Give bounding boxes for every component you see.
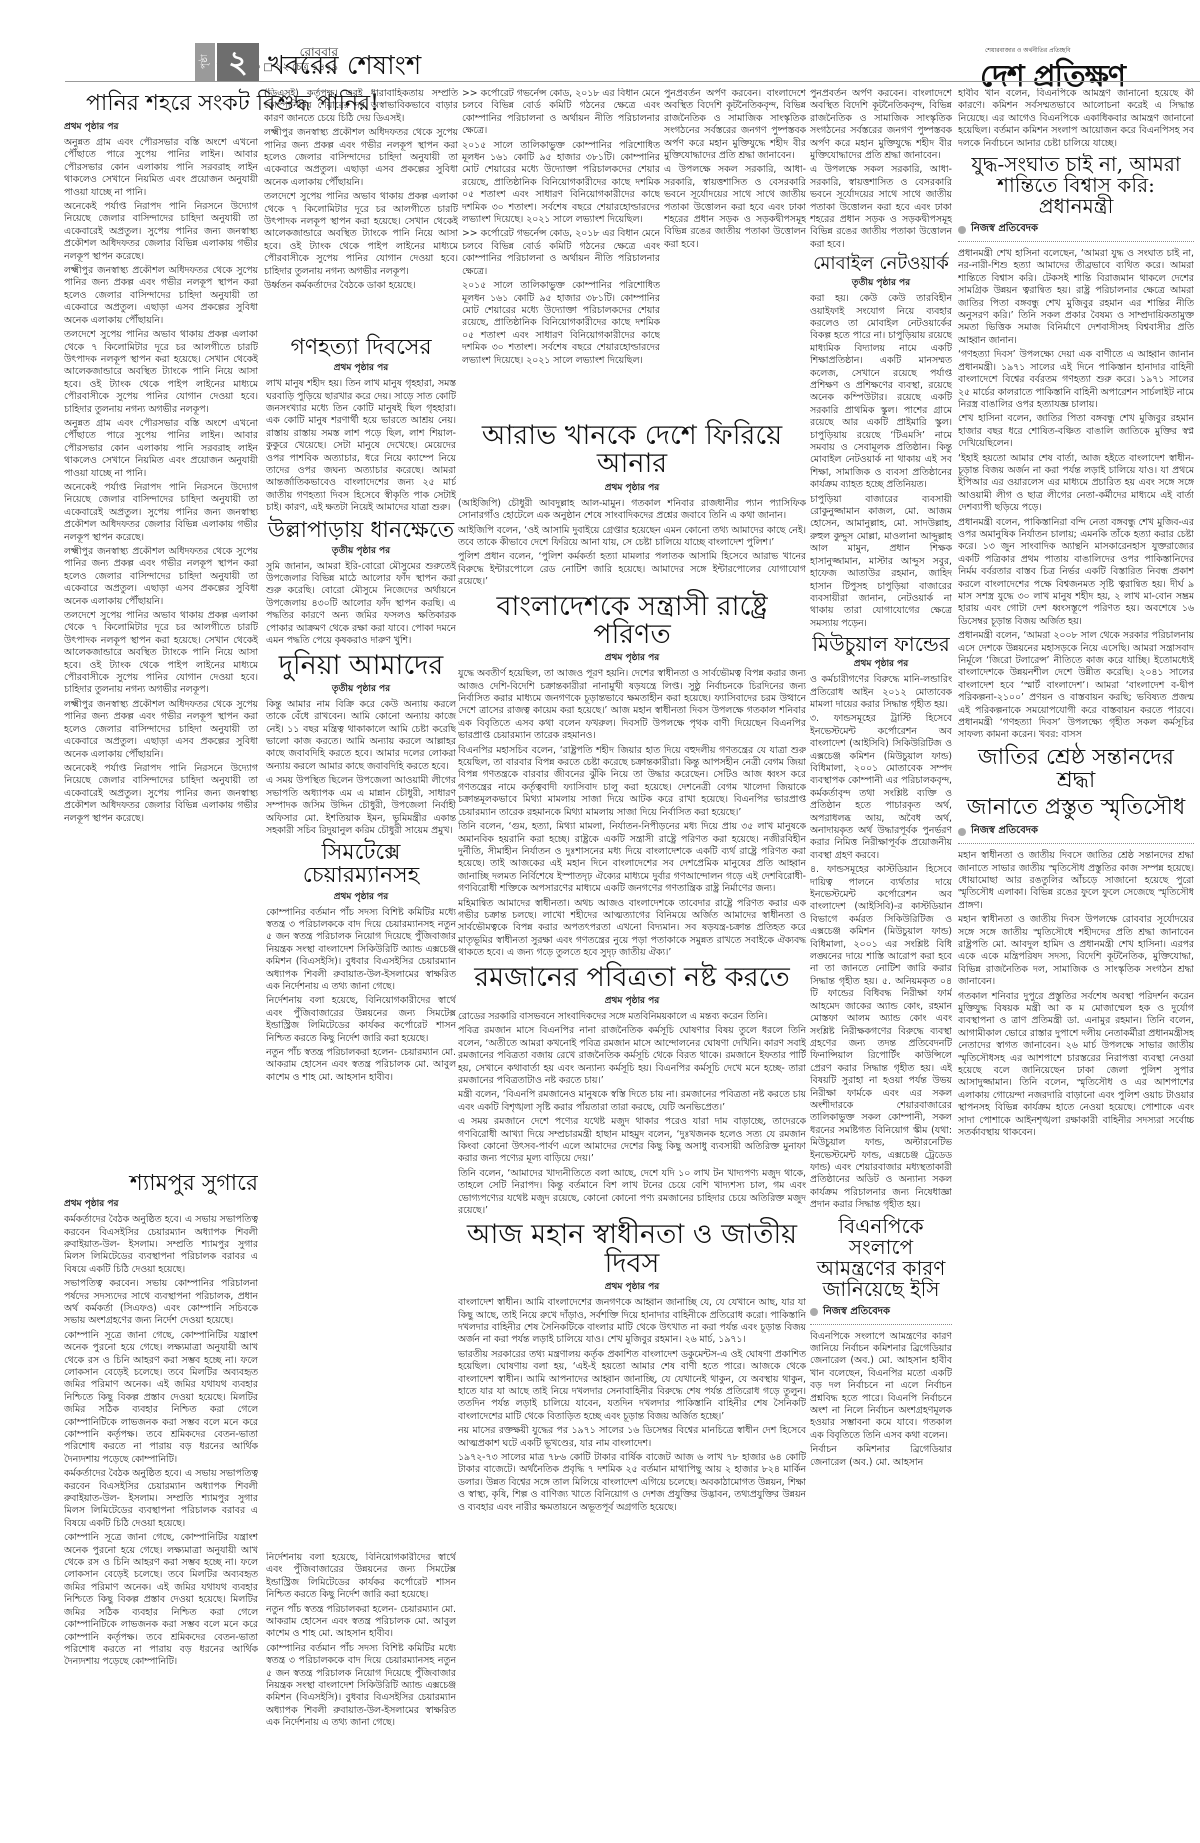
article-headline: আরাভ খানকে দেশে ফিরিয়ে আনার [458,422,806,479]
article-paragraph: বিএনপির মহাসচিব বলেন, ‘রাষ্ট্রপতি শহীদ জ… [458,745,806,819]
article-paragraph: অনেকেই পর্যাপ্ত নিরাপদ পানি নিরসনে উদ্যো… [64,763,258,825]
article-paragraph: শেখ হাসিনা বলেন, জাতির পিতা বঙ্গবন্ধু শে… [958,413,1194,450]
article-paragraph: লক্ষ্মীপুর জনস্বাস্থ্য প্রকৌশল অধিদফতর থ… [64,699,258,761]
byline: নিজস্ব প্রতিবেদক [958,221,1194,238]
article-headline: যুদ্ধ-সংঘাত চাই না, আমরা শান্তিতে বিশ্বা… [958,154,1194,217]
article-paragraph: এ সময় উপস্থিত ছিলেন উপজেলা আওয়ামী লীগে… [266,775,456,837]
article-paragraph: তিনি বলেন, ‘আমাদের খাদ্যনীতিতে বলা আছে, … [458,1168,806,1218]
article-paragraph: করা হয়। কেউ কেউ তারবিহীন ওয়াইফাই সংযোগ… [810,293,952,492]
byline-text: নিজস্ব প্রতিবেদক [971,221,1038,238]
article-paragraph: ২০১৫ সালে তালিকাভুক্ত কোম্পানির পরিশোধিত… [462,140,660,227]
article-headline: মিউচুয়াল ফান্ডের [810,634,952,655]
article-paragraph: কিন্তু আমার নাম বিক্রি করে কেউ অন্যায় ক… [266,699,456,773]
article-kicker: প্রথম পৃষ্ঠার পর [458,1279,806,1294]
article-paragraph: তলদেশে সুপেয় পানির অভাব থাকায় প্রকল্প … [64,329,258,416]
article-headline: দুনিয়া আমাদের [266,652,456,680]
column-right-wide: হাবীব খান বলেন, বিএনপিকে আমন্ত্রণ জানানো… [958,88,1194,1838]
article-headline: গণহত্যা দিবসের [266,336,456,359]
article-paragraph: নয় মাসের রক্তক্ষয়ী যুদ্ধের পর ১৯৭১ সাল… [458,1425,806,1450]
article-paragraph: লক্ষ্মীপুর জনস্বাস্থ্য প্রকৌশল অধিদফতর থ… [64,546,258,608]
article-headline: বিএনপিকে সংলাপে আমন্ত্রণের কারণ জানিয়েছ… [810,1216,952,1300]
article-paragraph: কোম্পানি সূত্রে জানা গেছে, কোম্পানিটির য… [64,1532,258,1668]
article-mutual-fund: মিউচুয়াল ফান্ডের প্রথম পৃষ্ঠার পর ও কর্… [810,634,952,1211]
column-3-top: >> কর্পোরেট গভর্নেন্স কোড, ২০১৮ এর বিধান… [462,88,660,418]
article-paragraph: নির্দেশনায় বলা হয়েছে, বিনিয়োগকারীদের … [266,1552,456,1602]
article-water-body-col1: প্রথম পৃষ্ঠার পর অনুন্নত গ্রাম এবং পৌরসভ… [64,118,258,1163]
article-paragraph: সভাপতিত্ব করবেন। সভায় কোম্পানির পরিচালন… [64,1278,258,1328]
article-paragraph: অনুন্নত গ্রাম এবং পৌরসভার বস্তি অংশে এখন… [64,418,258,480]
article-paragraph: রোডের সরকারি বাসভবনে সাংবাদিকদের সঙ্গে ম… [458,1011,806,1023]
page-header: রোববার ২৬ মার্চ ২০২৩ □ ১২ চৈত্র ১৪২৯ পৃষ… [0,0,1200,82]
page-label: পৃষ্ঠা [195,43,215,81]
article-paragraph: সুমি জানান, আমরা ইরি-বোরো মৌসুমের শুরুতে… [266,561,456,648]
article-paragraph: তলদেশে সুপেয় পানির অভাব থাকায় প্রকল্প … [264,191,458,278]
article-headline: রমজানের পবিত্রতা নষ্ট করতে [458,964,806,992]
article-paragraph: অনেকেই পর্যাপ্ত নিরাপদ পানি নিরসনে উদ্যো… [64,201,258,263]
article-kicker: তৃতীয় পৃষ্ঠার পর [266,543,456,558]
article-paragraph: লক্ষ্মীপুর জনস্বাস্থ্য প্রকৌশল অধিদফতর থ… [64,265,258,327]
article-ullapara: উল্লাপাড়ায় ধানক্ষেতে তৃতীয় পৃষ্ঠার পর… [266,519,456,648]
article-paragraph: নতুন পাঁচ স্বতন্ত্র পরিচালকরা হলেন- চেয়… [266,1047,456,1084]
article-paragraph: >> কর্পোরেট গভর্নেন্স কোড, ২০১৮ এর বিধান… [462,228,660,278]
article-paragraph: ‘ইহাই হয়তো আমার শেষ বার্তা, আজ হইতে বাং… [958,453,1194,515]
article-shyampur-cont: নির্দেশনায় বলা হয়েছে, বিনিয়োগকারীদের … [266,1552,456,1837]
article-paragraph: ১৯৭২-৭৩ সালের মাত্র ৭৮৬ কোটি টাকার বার্ষ… [458,1452,806,1514]
article-paragraph: তিনি বলেন, ‘গুম, হত্যা, মিথ্যা মামলা, নি… [458,821,806,895]
article-kicker: তৃতীয় পৃষ্ঠার পর [810,275,952,290]
article-paragraph: (আইজিপি) চৌধুরী আবদুল্লাহ আল-মামুন। গতকা… [458,498,806,523]
bullet-icon [810,1308,818,1316]
article-paragraph: কোম্পানি সূত্রে জানা গেছে, কোম্পানিটির য… [64,1330,258,1466]
byline-text: নিজস্ব প্রতিবেদক [971,823,1038,840]
article-paragraph: ২০১৫ সালে তালিকাভুক্ত কোম্পানির পরিশোধিত… [462,280,660,367]
article-paragraph: মহিমান্বিত আমাদের স্বাধীনতা। অথচ আজও বাং… [458,898,806,960]
article-kicker: প্রথম পৃষ্ঠার পর [458,993,806,1008]
article-paragraph: নির্বাচন কমিশনার ব্রিগেডিয়ার জেনারেল (অ… [810,1444,952,1469]
article-bnp-dialogue: বিএনপিকে সংলাপে আমন্ত্রণের কারণ জানিয়েছ… [810,1216,952,1469]
article-paragraph: অনুন্নত গ্রাম এবং পৌরসভার বস্তি অংশে এখন… [64,137,258,199]
article-simtex: সিমটেক্সে চেয়ারম্যানসহ প্রথম পৃষ্ঠার পর… [266,841,456,1084]
article-duniya: দুনিয়া আমাদের তৃতীয় পৃষ্ঠার পর কিন্তু … [266,652,456,838]
article-kicker: প্রথম পৃষ্ঠার পর [266,889,456,904]
article-terror-state: বাংলাদেশকে সন্ত্রাসী রাষ্ট্রে পরিণত প্রথ… [458,593,806,960]
article-war-peace: যুদ্ধ-সংঘাত চাই না, আমরা শান্তিতে বিশ্বা… [958,154,1194,742]
article-arav: আরাভ খানকে দেশে ফিরিয়ে আনার প্রথম পৃষ্ঠ… [458,422,806,589]
article-paragraph: বাংলাদেশ স্বাধীন। আমি বাংলাদেশের জনগণকে … [458,1297,806,1347]
article-kicker: প্রথম পৃষ্ঠার পর [458,650,806,665]
article-paragraph: পুনপ্রবর্তন অর্পণ করবেন। বাংলাদেশে অবস্থ… [810,88,952,162]
article-paragraph: পুলিশ প্রধান বলেন, ‘পুলিশ কর্মকর্তা হত্য… [458,551,806,588]
bullet-icon [958,828,966,836]
article-paragraph: কোম্পানির বর্তমান পাঁচ সদস্য বিশিষ্ট কমি… [266,907,456,994]
article-paragraph: কোম্পানির বর্তমান পাঁচ সদস্য বিশিষ্ট কমি… [266,1643,456,1730]
article-paragraph: বিএনপিকে সংলাপে আমন্ত্রণের কারণ জানিয়ে … [810,1331,952,1443]
article-paragraph: কর্মকর্তাদের বৈঠক অনুষ্ঠিত হবে। এ সভায় … [64,1214,258,1276]
header-divider [65,81,1200,82]
article-paragraph: (ডিএসই) কর্তৃপক্ষ। এরই ধারাবাহিকতায় সম্… [264,88,458,125]
article-paragraph: মন্ত্রী বলেন, ‘বিএনপি রমজানেও মানুষকে স্… [458,1089,806,1114]
article-paragraph: গতকাল শনিবার দুপুরে প্রস্তুতির সর্বশেষ অ… [958,991,1194,1140]
article-headline: মোবাইল নেটওয়ার্ক [810,255,952,274]
column-2: গণহত্যা দিবসের প্রথম পৃষ্ঠার পর লাখ মানু… [266,332,456,1552]
article-headline: উল্লাপাড়ায় ধানক্ষেতে [266,519,456,542]
column-5-top: পুনপ্রবর্তন অর্পণ করবেন। বাংলাদেশে অবস্থ… [664,88,806,418]
article-paragraph: ও কর্মচারীগণের বিরুদ্ধে মানি-লন্ডারিং প্… [810,674,952,711]
section-title: খবরের শেষাংশ [268,45,421,89]
article-paragraph: পবিত্র রমজান মাসে বিএনপির নানা রাজনৈতিক … [458,1025,806,1087]
article-headline-line2: জানাতে প্রস্তুত স্মৃতিসৌধ [958,796,1194,819]
article-paragraph: উর্ধ্বতন কর্মকর্তাদের বৈঠকে ডাকা হয়েছে। [264,280,458,292]
byline: নিজস্ব প্রতিবেদক [958,823,1194,840]
article-shyampur: শ্যামপুর সুগারের পর্ষদকে তলব প্রথম পৃষ্ঠ… [64,1168,258,1838]
article-ganahatya: গণহত্যা দিবসের প্রথম পৃষ্ঠার পর লাখ মানু… [266,336,456,515]
article-kicker: তৃতীয় পৃষ্ঠার পর [266,681,456,696]
article-paragraph: আইজিপি বলেন, ‘ওই আসামি দুবাইয়ে গ্রেপ্তা… [458,525,806,550]
article-kicker: প্রথম পৃষ্ঠার পর [64,1196,258,1211]
article-paragraph: এ সময় রমজানে দেশে পণ্যের যথেষ্ট মজুদ থা… [458,1116,806,1166]
article-paragraph: ৪. ফান্ডসমূহের কাস্টডিয়ান হিসেবে দায়িত… [810,864,952,1211]
article-paragraph: কর্মকর্তাদের বৈঠক অনুষ্ঠিত হবে। এ সভায় … [64,1468,258,1530]
center-wide-column: আরাভ খানকে দেশে ফিরিয়ে আনার প্রথম পৃষ্ঠ… [458,418,806,1838]
article-paragraph: নির্দেশনায় বলা হয়েছে, বিনিয়োগকারীদের … [266,995,456,1045]
article-paragraph: এ উপলক্ষে সকল সরকারি, আধা-সরকারি, স্বায়… [810,164,952,251]
article-paragraph: লক্ষ্মীপুর জনস্বাস্থ্য প্রকৌশল অধিদফতর থ… [264,127,458,189]
article-paragraph: নতুন পাঁচ স্বতন্ত্র পরিচালকরা হলেন- চেয়… [266,1604,456,1641]
bullet-icon [958,226,966,234]
article-headline: আজ মহান স্বাধীনতা ও জাতীয় দিবস [458,1221,806,1278]
article-ramadan: রমজানের পবিত্রতা নষ্ট করতে প্রথম পৃষ্ঠার… [458,964,806,1218]
article-paragraph: পুনপ্রবর্তন অর্পণ করবেন। বাংলাদেশে অবস্থ… [664,88,806,162]
article-headline: সিমটেক্সে চেয়ারম্যানসহ [266,841,456,887]
article-paragraph: প্রধানমন্ত্রী বলেন, পাকিস্তানিরা বন্দি ন… [958,517,1194,629]
article-kicker: প্রথম পৃষ্ঠার পর [458,480,806,495]
column-2-top: (ডিএসই) কর্তৃপক্ষ। এরই ধারাবাহিকতায় সম্… [264,88,458,348]
article-independence: আজ মহান স্বাধীনতা ও জাতীয় দিবস প্রথম পৃ… [458,1221,806,1514]
article-paragraph: এ উপলক্ষে সকল সরকারি, আধা-সরকারি, স্বায়… [664,164,806,251]
article-paragraph: অনেকেই পর্যাপ্ত নিরাপদ পানি নিরসনে উদ্যো… [64,482,258,544]
article-paragraph: হাবীব খান বলেন, বিএনপিকে আমন্ত্রণ জানানো… [958,88,1194,150]
article-headline: শ্যামপুর সুগারের পর্ষদকে তলব [64,1172,258,1195]
article-paragraph: ৩. ফান্ডসমূহের ট্রাস্টি হিসেবে ইনভেস্টমে… [810,713,952,862]
article-headline: বাংলাদেশকে সন্ত্রাসী রাষ্ট্রে পরিণত [458,593,806,650]
article-paragraph: মহান স্বাধীনতা ও জাতীয় দিবসে জাতির শ্রে… [958,850,1194,912]
article-paragraph: ‘গণহত্যা দিবস’ উপলক্ষ্যে দেয়া এক বাণীতে… [958,349,1194,411]
article-paragraph: প্রধানমন্ত্রী বলেন, ‘আমরা ২০০৮ সাল থেকে … [958,630,1194,742]
article-paragraph: প্রধানমন্ত্রী শেখ হাসিনা বলেছেন, ‘আমরা য… [958,248,1194,347]
page-number: ২ [217,43,259,81]
article-mobile-network: মোবাইল নেটওয়ার্ক তৃতীয় পৃষ্ঠার পর করা … [810,255,952,630]
article-paragraph: লাখ মানুষ শহীদ হয়। তিন লাখ মানুষ গৃহহার… [266,378,456,514]
byline: নিজস্ব প্রতিবেদক [810,1304,952,1321]
article-kicker: প্রথম পৃষ্ঠার পর [810,656,952,671]
article-paragraph: >> কর্পোরেট গভর্নেন্স কোড, ২০১৮ এর বিধান… [462,88,660,138]
divider [810,1324,952,1325]
column-6: পুনপ্রবর্তন অর্পণ করবেন। বাংলাদেশে অবস্থ… [810,88,952,1838]
article-headline-line1: জাতির শ্রেষ্ঠ সন্তানদের শ্রদ্ধা [958,746,1194,792]
article-paragraph: যুদ্ধে অবতীর্ণ হয়েছিল, তা আজও পূরণ হয়ন… [458,668,806,742]
divider [958,241,1194,242]
article-paragraph: চাপুড়িয়া বাজারের ব্যবসায়ী রোকুনুজ্জাম… [810,494,952,630]
byline-text: নিজস্ব প্রতিবেদক [823,1304,890,1321]
divider [958,843,1194,844]
article-memorial: জাতির শ্রেষ্ঠ সন্তানদের শ্রদ্ধা জানাতে প… [958,746,1194,1140]
article-kicker: প্রথম পৃষ্ঠার পর [266,360,456,375]
article-paragraph: মহান স্বাধীনতা ও জাতীয় দিবস উপলক্ষে রোব… [958,914,1194,988]
article-kicker: প্রথম পৃষ্ঠার পর [64,119,258,134]
article-paragraph: তলদেশে সুপেয় পানির অভাব থাকায় প্রকল্প … [64,610,258,697]
article-paragraph: ভারতীয় সরকারের তথ্য মন্ত্রণালয় কর্তৃক … [458,1349,806,1423]
